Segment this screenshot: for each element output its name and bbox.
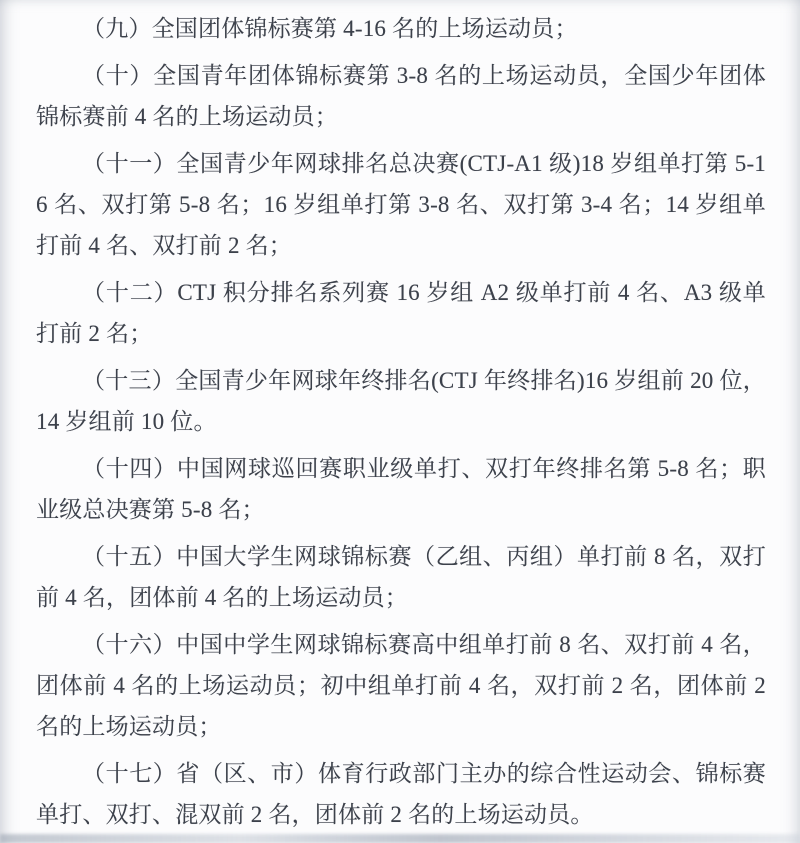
- paragraph-clause-16: （十六）中国中学生网球锦标赛高中组单打前 8 名、双打前 4 名，团体前 4 名…: [36, 624, 766, 747]
- paragraph-clause-10: （十）全国青年团体锦标赛第 3-8 名的上场运动员，全国少年团体锦标赛前 4 名…: [36, 55, 766, 137]
- scan-artifact-bottom-edge: [0, 834, 800, 843]
- paragraph-clause-15: （十五）中国大学生网球锦标赛（乙组、丙组）单打前 8 名，双打前 4 名，团体前…: [36, 536, 766, 618]
- paragraph-clause-17: （十七）省（区、市）体育行政部门主办的综合性运动会、锦标赛单打、双打、混双前 2…: [36, 753, 766, 835]
- paragraph-clause-13: （十三）全国青少年网球年终排名(CTJ 年终排名)16 岁组前 20 位，14 …: [36, 360, 766, 442]
- document-page: （九）全国团体锦标赛第 4-16 名的上场运动员； （十）全国青年团体锦标赛第 …: [0, 0, 800, 843]
- paragraph-clause-9: （九）全国团体锦标赛第 4-16 名的上场运动员；: [36, 8, 766, 49]
- paragraph-clause-11: （十一）全国青少年网球排名总决赛(CTJ-A1 级)18 岁组单打第 5-16 …: [36, 143, 766, 266]
- paragraph-clause-14: （十四）中国网球巡回赛职业级单打、双打年终排名第 5-8 名；职业级总决赛第 5…: [36, 448, 766, 530]
- paragraph-clause-12: （十二）CTJ 积分排名系列赛 16 岁组 A2 级单打前 4 名、A3 级单打…: [36, 272, 766, 354]
